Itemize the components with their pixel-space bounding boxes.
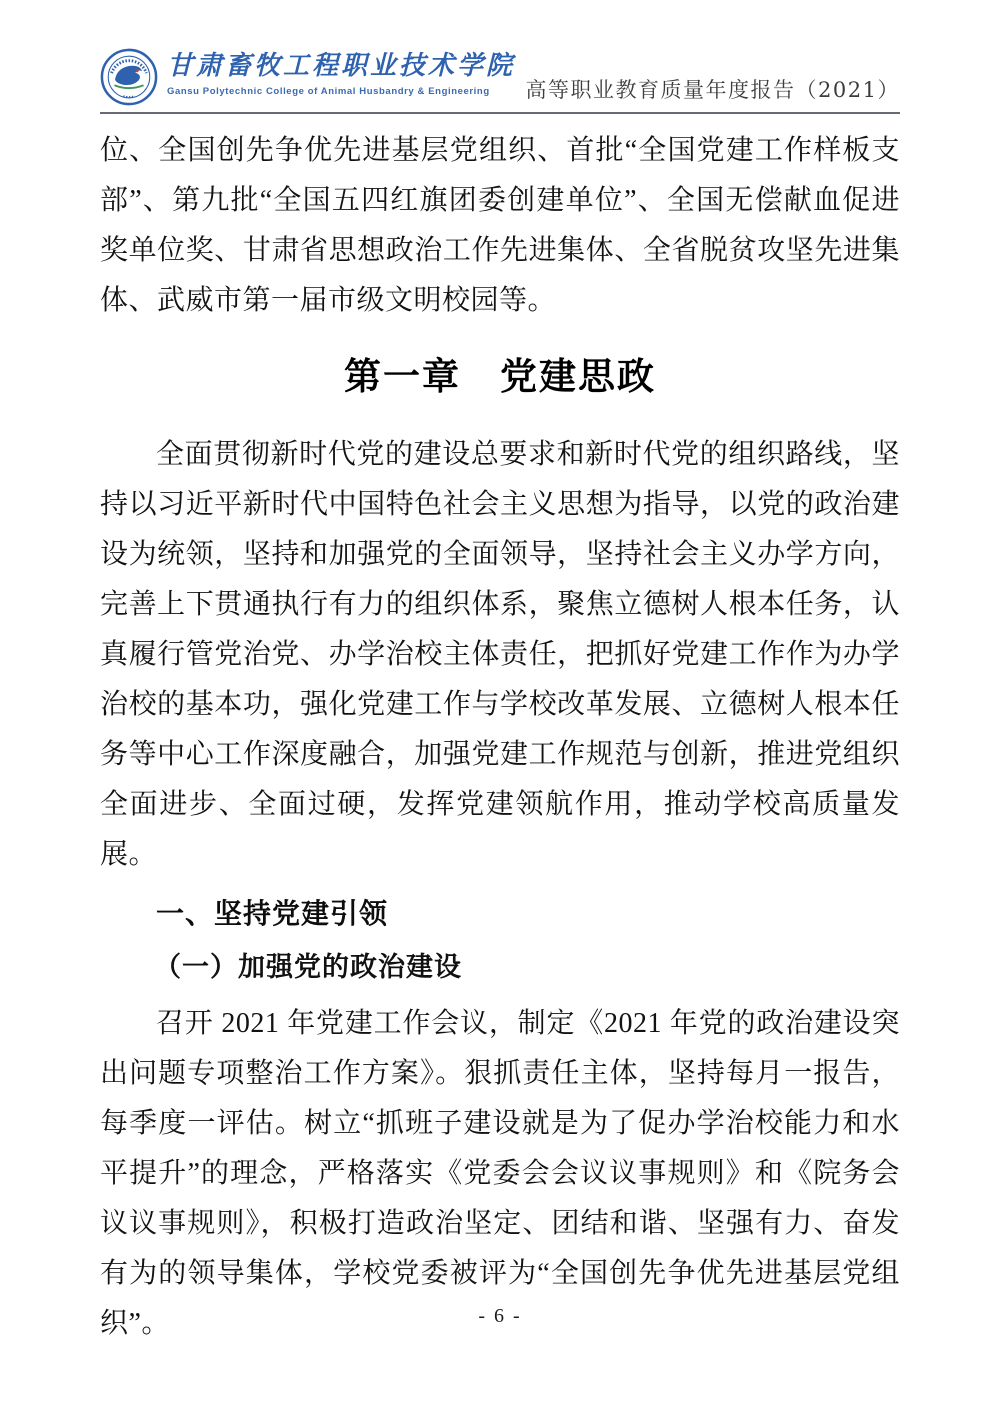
college-logo: 甘肃畜牧工程职业技术学院 Gansu Polytechnic College o… (100, 48, 515, 106)
page-header: 甘肃畜牧工程职业技术学院 Gansu Polytechnic College o… (100, 48, 900, 114)
college-name-block: 甘肃畜牧工程职业技术学院 Gansu Polytechnic College o… (167, 48, 515, 97)
detail-paragraph: 召开 2021 年党建工作会议，制定《2021 年党的政治建设突出问题专项整治工… (100, 999, 900, 1349)
section-heading: 一、坚持党建引领 (100, 896, 900, 932)
subsection-heading: （一）加强党的政治建设 (100, 950, 900, 985)
document-page: 甘肃畜牧工程职业技术学院 Gansu Polytechnic College o… (0, 0, 1000, 1414)
page-content: 位、全国创先争优先进基层党组织、首批“全国党建工作样板支部”、第九批“全国五四红… (100, 126, 900, 1349)
continuation-paragraph: 位、全国创先争优先进基层党组织、首批“全国党建工作样板支部”、第九批“全国五四红… (100, 126, 900, 326)
college-seal-icon (100, 48, 158, 106)
report-title: 高等职业教育质量年度报告（2021） (526, 74, 900, 112)
college-name-en: Gansu Polytechnic College of Animal Husb… (167, 86, 515, 97)
chapter-title: 第一章 党建思政 (100, 352, 900, 402)
college-name-zh: 甘肃畜牧工程职业技术学院 (167, 52, 515, 82)
page-number: - 6 - (0, 1305, 1000, 1328)
overview-paragraph: 全面贯彻新时代党的建设总要求和新时代党的组织路线，坚持以习近平新时代中国特色社会… (100, 430, 900, 880)
